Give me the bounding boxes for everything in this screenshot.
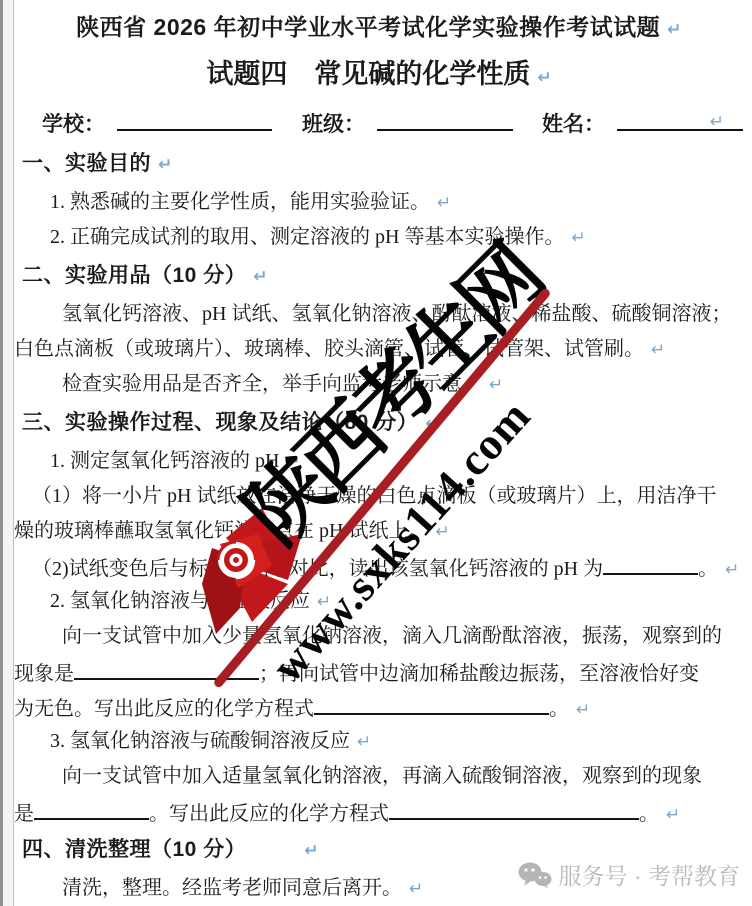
line-text: 为无色。写出此反应的化学方程式 [14,698,314,720]
paragraph-mark-icon: ↵ [437,193,451,213]
paragraph-mark-icon: ↵ [710,105,724,139]
document-line: 是。写出此反应的化学方程式。↵ [14,794,744,829]
document-line: 2. 氢氧化钠溶液与稀盐酸反应↵ [50,584,744,619]
answer-blank [603,549,698,575]
student-info-row: 学校： 班级： 姓名： ↵ [14,105,744,143]
line-text: 清洗，整理。经监考老师同意后离开。 [62,877,402,899]
line-text: ；再向试管中边滴加稀盐酸边振荡，至溶液恰好变 [259,663,699,685]
name-label: 姓名： [542,113,605,136]
wechat-icon [518,861,552,889]
document-line: 向一支试管中加入适量氢氧化钠溶液，再滴入硫酸铜溶液，观察到的现象 [62,759,744,794]
section-heading-text: 一、实验目的 [22,152,151,175]
line-text: 是 [14,803,34,825]
line-text: 现象是 [14,663,74,685]
paragraph-mark-icon: ↵ [253,267,268,287]
line-text: 。 [639,803,659,825]
wechat-badge-text: 服务号 · 考帮教育 [559,858,740,891]
page-title: 陕西省 2026 年初中学业水平考试化学实验操作考试试题↵ [14,10,744,47]
document-line: 向一支试管中加入少量氢氧化钠溶液，滴入几滴酚酞溶液，振荡，观察到的 [62,619,744,654]
page-title-text: 陕西省 2026 年初中学业水平考试化学实验操作考试试题 [76,14,660,40]
paragraph-mark-icon: ↵ [725,560,739,580]
paragraph-mark-icon: ↵ [571,228,585,248]
answer-blank [314,689,549,715]
class-label: 班级： [302,113,365,136]
paragraph-mark-icon: ↵ [667,20,682,40]
wechat-service-badge: 服务号 · 考帮教育 [518,858,740,891]
line-text: 向一支试管中加入少量氢氧化钠溶液，滴入几滴酚酞溶液，振荡，观察到的 [62,625,722,647]
document-line: 2. 正确完成试剂的取用、测定溶液的 pH 等基本实验操作。↵ [50,220,744,255]
line-text: 。 [549,698,569,720]
answer-blank [389,794,639,820]
document-line: 3. 氢氧化钠溶液与硫酸铜溶液反应↵ [50,724,744,759]
line-text: 。写出此反应的化学方程式 [149,803,389,825]
paper-subtitle: 试题四 常见碱的化学性质↵ [14,51,744,101]
document-line: 为无色。写出此反应的化学方程式。↵ [14,689,744,724]
paragraph-mark-icon: ↵ [576,700,590,720]
class-blank [377,105,513,131]
line-text: 白色点滴板（或玻璃片）、玻璃棒、胶头滴管、试管、试管架、试管刷。 [14,338,644,360]
document-line: 现象是；再向试管中边滴加稀盐酸边振荡，至溶液恰好变 [14,654,744,689]
paragraph-mark-icon: ↵ [409,879,423,899]
line-text: 向一支试管中加入适量氢氧化钠溶液，再滴入硫酸铜溶液，观察到的现象 [62,765,702,787]
paragraph-mark-icon: ↵ [666,805,680,825]
school-label: 学校： [42,113,105,136]
answer-blank [34,794,149,820]
exam-paper-page: 陕西省 2026 年初中学业水平考试化学实验操作考试试题↵ 试题四 常见碱的化学… [0,0,752,906]
line-text: 。 [698,558,718,580]
section-heading-text: 二、实验用品（10 分） [22,264,246,287]
section-heading: 二、实验用品（10 分）↵ [22,255,744,297]
line-text: 1. 熟悉碱的主要化学性质，能用实验验证。 [50,191,430,213]
name-blank [617,105,743,131]
document-line: 1. 熟悉碱的主要化学性质，能用实验验证。↵ [50,185,744,220]
section-heading: 一、实验目的↵ [22,143,744,185]
paragraph-mark-icon: ↵ [537,68,551,88]
line-text: 3. 氢氧化钠溶液与硫酸铜溶液反应 [50,730,350,752]
paragraph-mark-icon: ↵ [651,340,665,360]
paper-subtitle-text: 试题四 常见碱的化学性质 [206,59,530,89]
paragraph-mark-icon: ↵ [304,841,319,861]
section-heading-text: 四、清洗整理（10 分） [22,838,246,861]
school-blank [117,105,272,131]
paragraph-mark-icon: ↵ [357,732,371,752]
paragraph-mark-icon: ↵ [158,155,173,175]
